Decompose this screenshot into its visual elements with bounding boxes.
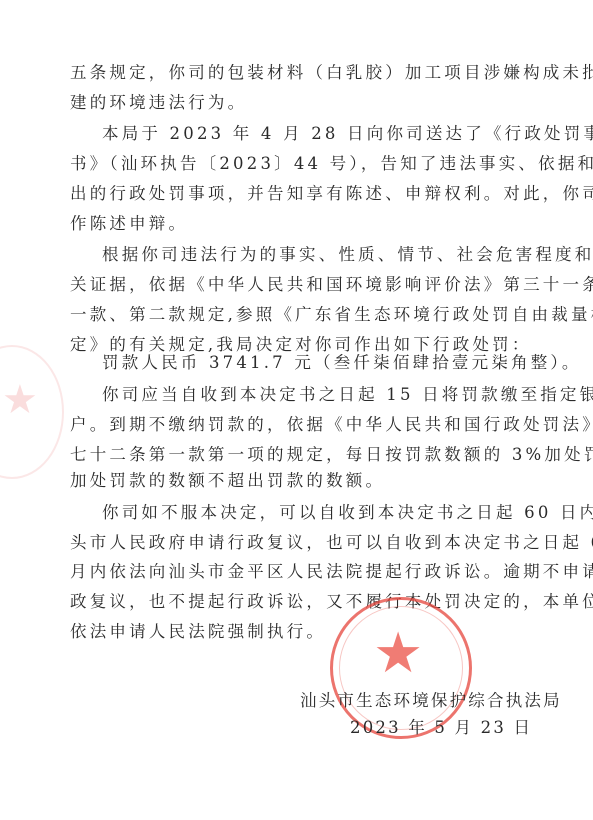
text-line: 建的环境违法行为。 <box>70 93 247 113</box>
document-page: ★ 五条规定，你司的包装材料（白乳胶）加工项目涉嫌构成未批先 建的环境违法行为。… <box>0 0 593 820</box>
text-line: 作陈述申辩。 <box>70 214 188 234</box>
text-line: 头市人民政府申请行政复议，也可以自收到本决定书之日起 6 个 <box>70 533 593 553</box>
text-line: 七十二条第一款第一项的规定，每日按罚款数额的 3%加处罚款， <box>70 445 593 465</box>
text-line: 月内依法向汕头市金平区人民法院提起行政诉讼。逾期不申请行 <box>70 562 593 582</box>
text-line: 你司应当自收到本决定书之日起 15 日将罚款缴至指定银行账 <box>102 385 593 405</box>
issuing-organization: 汕头市生态环境保护综合执法局 <box>300 687 562 711</box>
text-line: 政复议，也不提起行政诉讼，又不履行本处罚决定的，本单位将 <box>70 592 593 612</box>
text-line: 户。到期不缴纳罚款的，依据《中华人民共和国行政处罚法》第 <box>70 415 593 435</box>
fine-amount-line: 罚款人民币 3741.7 元（叁仟柒佰肆拾壹元柒角整）。 <box>102 353 582 373</box>
faint-stamp-impression: ★ <box>0 345 64 479</box>
text-line: 加处罚款的数额不超出罚款的数额。 <box>70 471 385 491</box>
text-line: 一款、第二款规定,参照《广东省生态环境行政处罚自由裁量权规 <box>70 305 593 325</box>
star-icon: ★ <box>373 626 423 682</box>
text-line: 本局于 2023 年 4 月 28 日向你司送达了《行政处罚事先告知 <box>102 124 593 144</box>
text-line: 定》的有关规定,我局决定对你司作出如下行政处罚： <box>70 335 532 355</box>
text-line: 关证据，依据《中华人民共和国环境影响评价法》第三十一条第 <box>70 275 593 295</box>
star-icon: ★ <box>2 377 38 423</box>
text-line: 五条规定，你司的包装材料（白乳胶）加工项目涉嫌构成未批先 <box>70 63 593 83</box>
text-line: 根据你司违法行为的事实、性质、情节、社会危害程度和相 <box>102 245 593 265</box>
issue-date: 2023 年 5 月 23 日 <box>350 714 532 738</box>
text-line: 你司如不服本决定，可以自收到本决定书之日起 60 日内向汕 <box>102 503 593 523</box>
text-line: 依法申请人民法院强制执行。 <box>70 622 326 642</box>
text-line: 出的行政处罚事项，并告知享有陈述、申辩权利。对此，你司未 <box>70 184 593 204</box>
text-line: 书》（汕环执告〔2023〕44 号），告知了违法事实、依据和拟作 <box>70 154 593 174</box>
